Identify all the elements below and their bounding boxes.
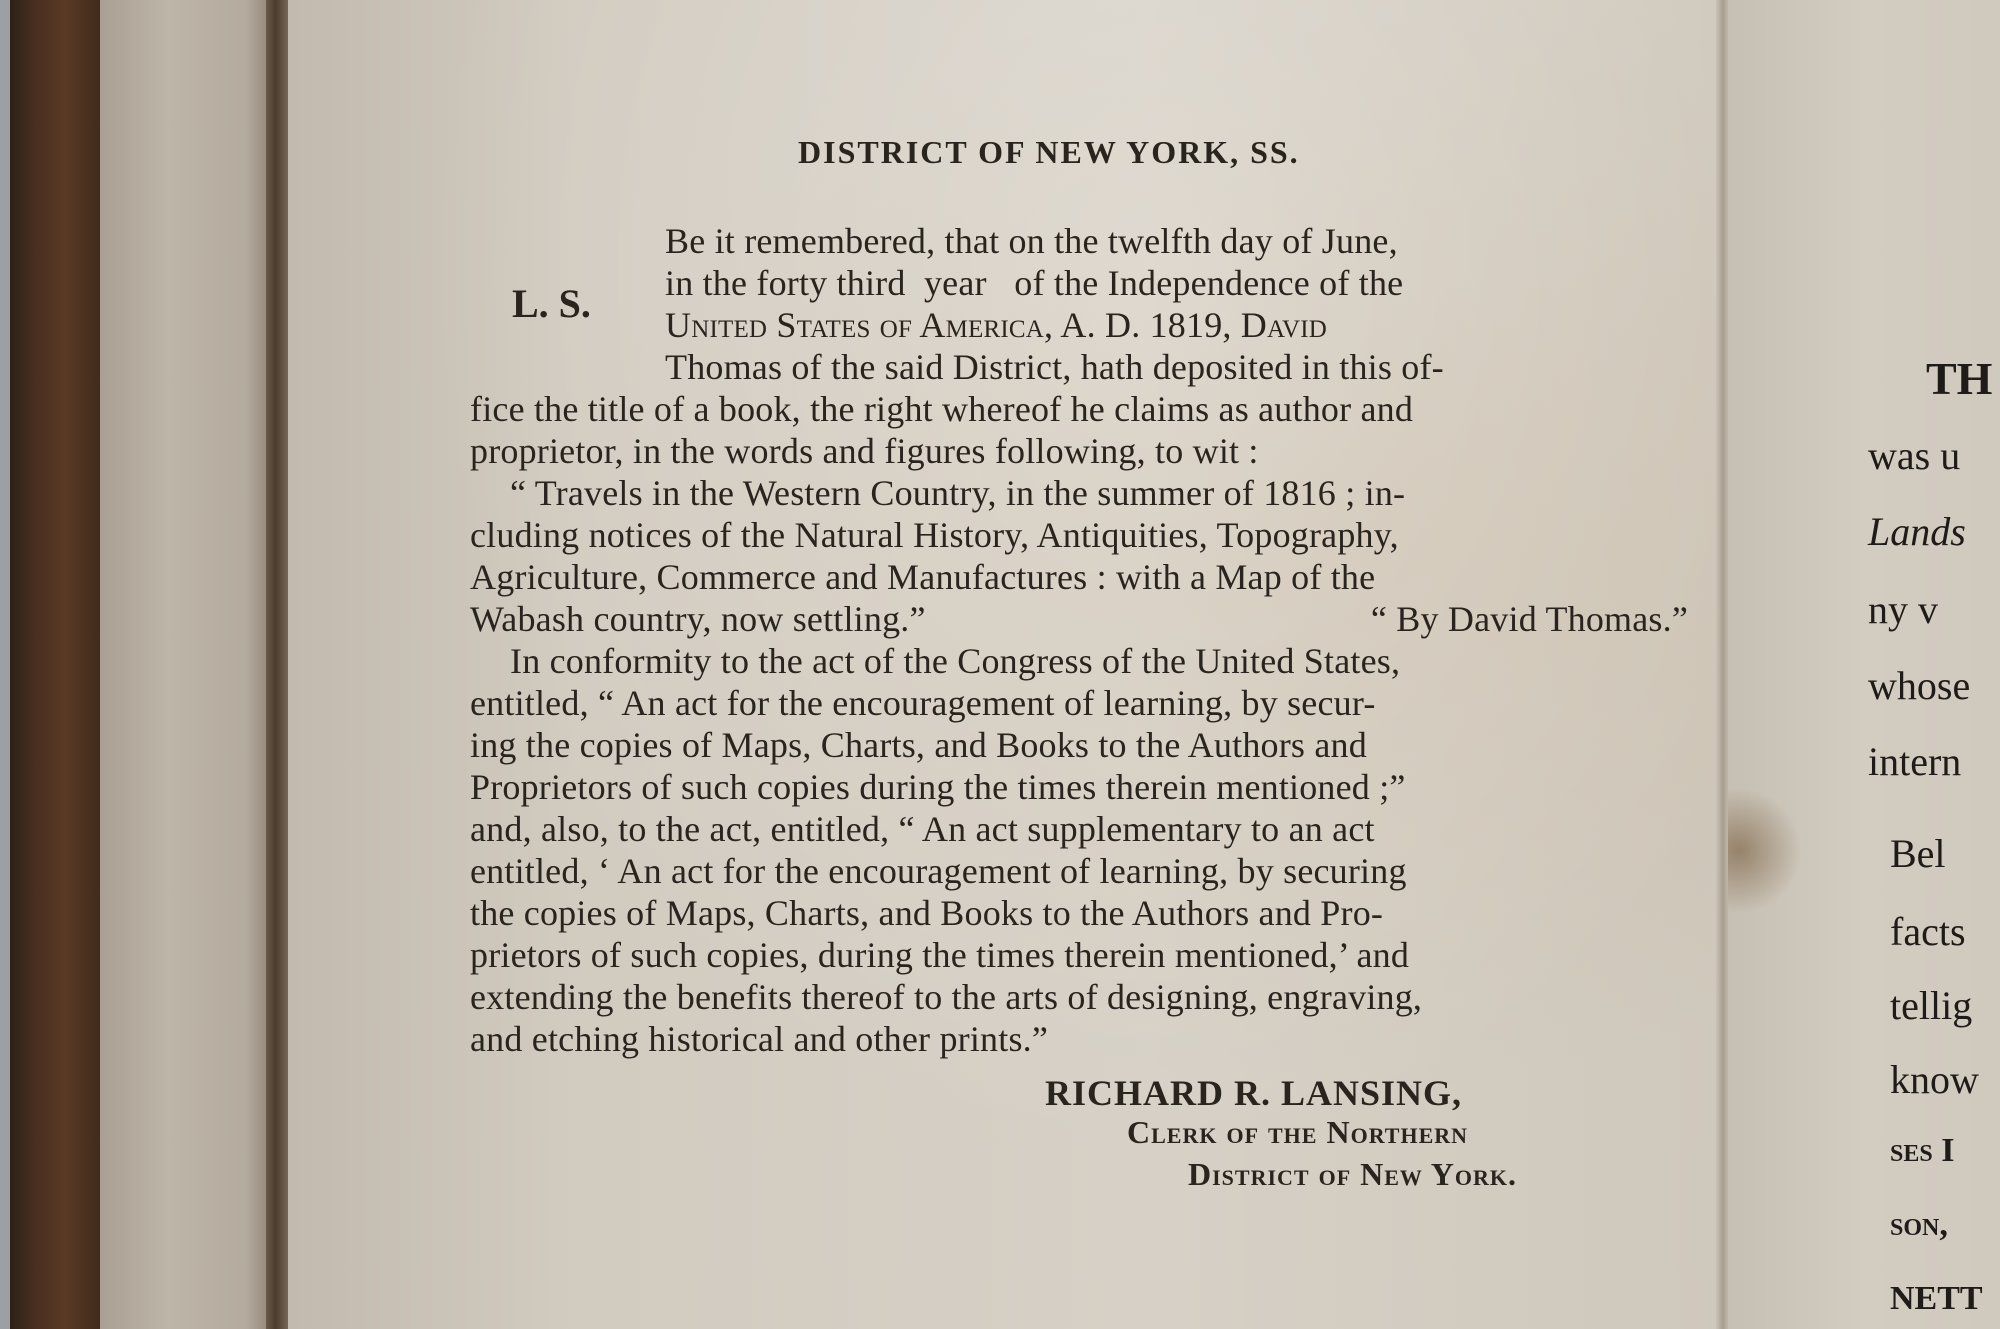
text-line: Be it remembered, that on the twelfth da… xyxy=(470,220,1688,262)
text-line: entitled, “ An act for the encouragement… xyxy=(470,682,1688,724)
text-segment: United States of America, A. D. 1819, Da… xyxy=(665,304,1327,346)
text-segment: In conformity to the act of the Congress… xyxy=(510,640,1400,682)
facing-page-fragment: know xyxy=(1890,1056,2000,1103)
facing-page-fragment: NETT xyxy=(1890,1280,2000,1318)
facing-page-fragment: Bel xyxy=(1890,830,2000,877)
text-line: “ Travels in the Western Country, in the… xyxy=(470,472,1688,514)
text-line: cluding notices of the Natural History, … xyxy=(470,514,1688,556)
text-line: and, also, to the act, entitled, “ An ac… xyxy=(470,808,1688,850)
text-line: Thomas of the said District, hath deposi… xyxy=(470,346,1688,388)
page-fold-shadow xyxy=(266,0,290,1329)
facing-page-fragment: ses I xyxy=(1890,1132,2000,1170)
text-segment: cluding notices of the Natural History, … xyxy=(470,514,1399,556)
facing-page-fragment: Lands xyxy=(1868,508,2000,555)
clerk-title-line1: Clerk of the Northern xyxy=(1127,1114,1468,1151)
flyleaf-page xyxy=(100,0,272,1329)
copyright-notice-body: Be it remembered, that on the twelfth da… xyxy=(470,220,1688,1060)
text-segment: fice the title of a book, the right wher… xyxy=(470,388,1413,430)
text-segment: proprietor, in the words and figures fol… xyxy=(470,430,1259,472)
text-segment: Be it remembered, that on the twelfth da… xyxy=(665,220,1398,262)
text-line: entitled, ‘ An act for the encouragement… xyxy=(470,850,1688,892)
facing-page-fragment: TH xyxy=(1926,352,2000,405)
text-line: Proprietors of such copies during the ti… xyxy=(470,766,1688,808)
text-segment: extending the benefits thereof to the ar… xyxy=(470,976,1422,1018)
text-segment: entitled, ‘ An act for the encouragement… xyxy=(470,850,1407,892)
facing-page-fragment: ny v xyxy=(1868,586,2000,633)
clerk-name: RICHARD R. LANSING, xyxy=(1045,1072,1462,1114)
text-segment: entitled, “ An act for the encouragement… xyxy=(470,682,1376,724)
text-line: ing the copies of Maps, Charts, and Book… xyxy=(470,724,1688,766)
text-segment: “ By David Thomas.” xyxy=(1371,598,1688,640)
bleed-through-text: ​ xyxy=(420,30,1720,90)
text-line: Wabash country, now settling.”“ By David… xyxy=(470,598,1688,640)
text-segment: Proprietors of such copies during the ti… xyxy=(470,766,1406,808)
facing-page-fragment: son, xyxy=(1890,1206,2000,1244)
text-line: In conformity to the act of the Congress… xyxy=(470,640,1688,682)
text-segment: in the forty third year of the Independe… xyxy=(665,262,1403,304)
text-segment: and, also, to the act, entitled, “ An ac… xyxy=(470,808,1375,850)
text-segment: prietors of such copies, during the time… xyxy=(470,934,1409,976)
text-segment: “ Travels in the Western Country, in the… xyxy=(510,472,1405,514)
facing-page-fragment: tellig xyxy=(1890,982,2000,1029)
facing-page-fragment: whose xyxy=(1868,662,2000,709)
facing-page-fragment: facts xyxy=(1890,908,2000,955)
text-line: in the forty third year of the Independe… xyxy=(470,262,1688,304)
text-line: United States of America, A. D. 1819, Da… xyxy=(470,304,1688,346)
facing-page-fragment: intern xyxy=(1868,738,2000,785)
facing-page-fragment: was u xyxy=(1868,432,2000,479)
text-line: extending the benefits thereof to the ar… xyxy=(470,976,1688,1018)
text-line: fice the title of a book, the right wher… xyxy=(470,388,1688,430)
text-line: the copies of Maps, Charts, and Books to… xyxy=(470,892,1688,934)
text-segment: and etching historical and other prints.… xyxy=(470,1018,1048,1060)
text-line: Agriculture, Commerce and Manufactures :… xyxy=(470,556,1688,598)
text-segment: Wabash country, now settling.” xyxy=(470,598,926,640)
text-line: proprietor, in the words and figures fol… xyxy=(470,430,1688,472)
text-segment: the copies of Maps, Charts, and Books to… xyxy=(470,892,1383,934)
text-segment: Agriculture, Commerce and Manufactures :… xyxy=(470,556,1375,598)
leather-spine xyxy=(10,0,102,1329)
clerk-title-line2: District of New York. xyxy=(1188,1156,1517,1193)
text-line: and etching historical and other prints.… xyxy=(470,1018,1688,1060)
book-photo: ​ DISTRICT OF NEW YORK, SS. L. S. Be it … xyxy=(0,0,2000,1329)
text-segment: ing the copies of Maps, Charts, and Book… xyxy=(470,724,1367,766)
text-line: prietors of such copies, during the time… xyxy=(470,934,1688,976)
page-heading: DISTRICT OF NEW YORK, SS. xyxy=(798,134,1300,171)
text-segment: Thomas of the said District, hath deposi… xyxy=(665,346,1444,388)
